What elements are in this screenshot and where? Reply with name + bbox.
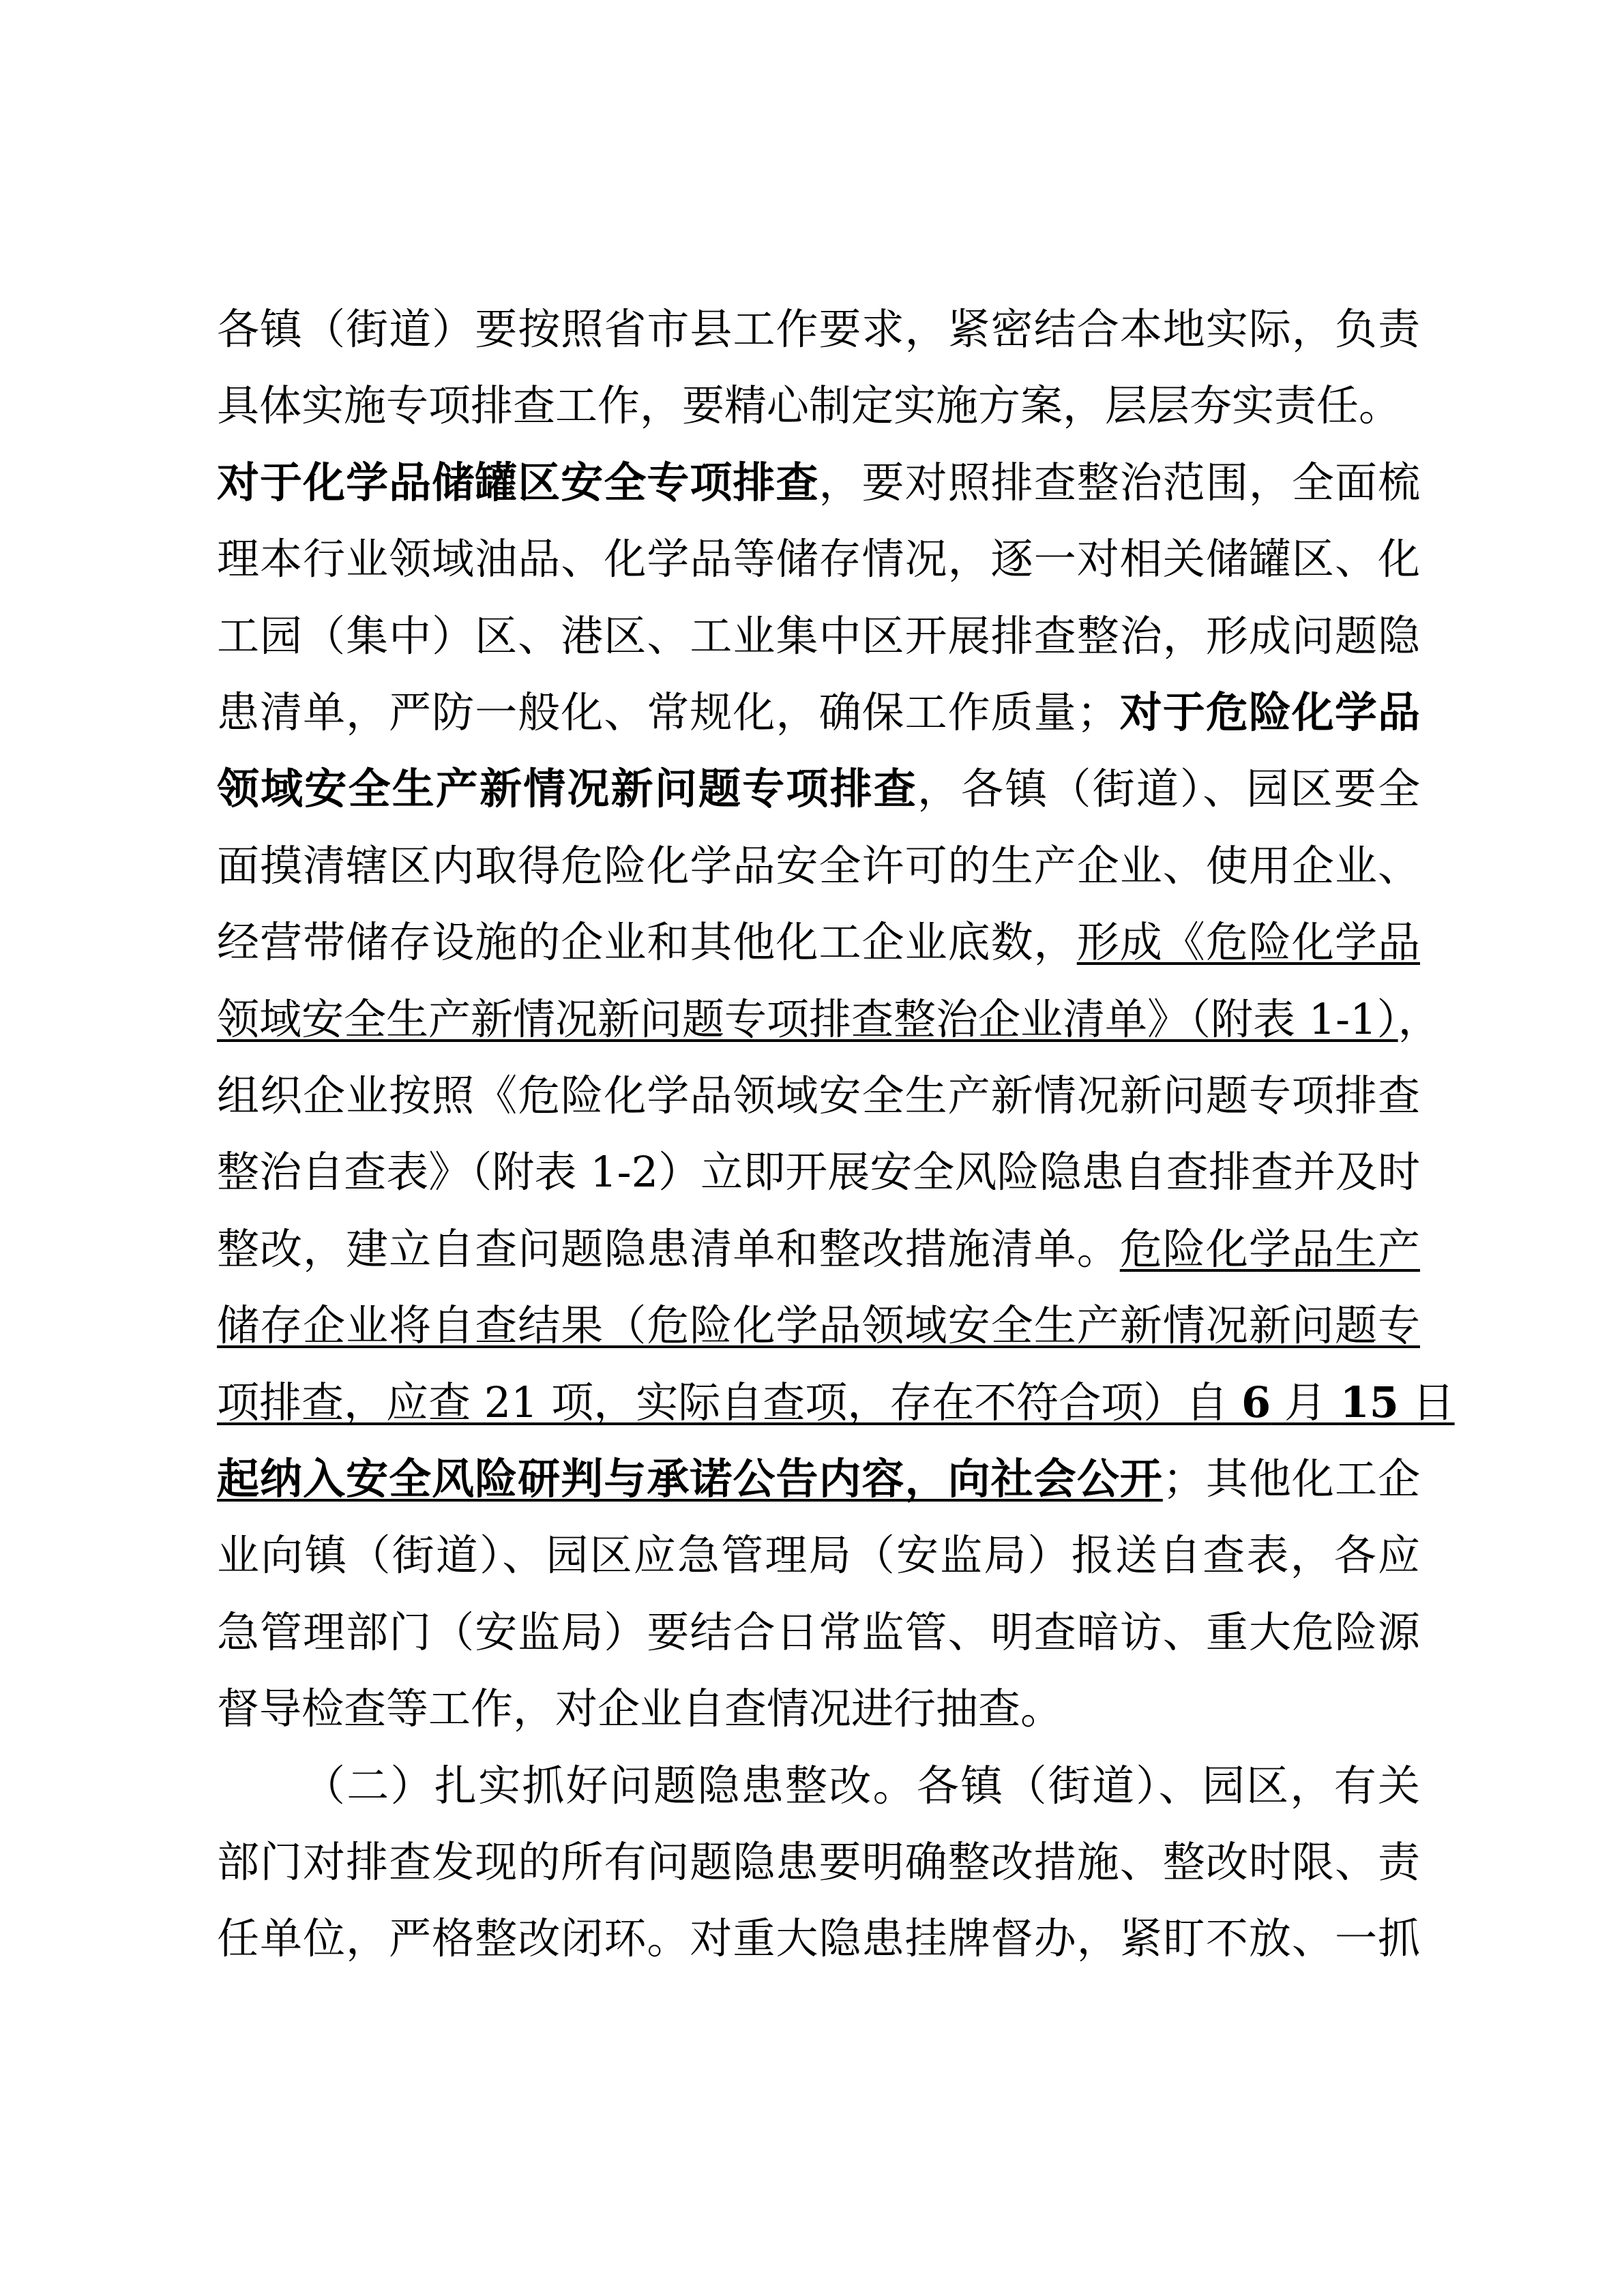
- text-segment: （二）扎实抓好问题隐患整改。各镇（街道）、园区，有关: [303, 1761, 1420, 1810]
- text-segment: 组织企业按照《危险化学品领域安全生产新情况新问题专项排查: [217, 1071, 1420, 1120]
- text-line: 督导检查等工作，对企业自查情况进行抽查。: [217, 1671, 1420, 1747]
- text-line: 部门对排查发现的所有问题隐患要明确整改措施、整改时限、责: [217, 1824, 1420, 1900]
- underlined-text: 6: [1241, 1377, 1271, 1427]
- text-segment: ，: [1398, 994, 1441, 1044]
- text-segment: 具体实施专项排查工作，要精心制定实施方案，层层夯实责任。: [217, 381, 1401, 430]
- text-segment: ；其他化工企: [1163, 1454, 1420, 1504]
- text-line: 领域安全生产新情况新问题专项排查整治企业清单》（附表 1-1），: [217, 981, 1420, 1058]
- text-line: 任单位，严格整改闭环。对重大隐患挂牌督办，紧盯不放、一抓: [217, 1900, 1420, 1977]
- text-segment: 各镇（街道）要按照省市县工作要求，紧密结合本地实际，负责: [217, 304, 1420, 354]
- document-page: 各镇（街道）要按照省市县工作要求，紧密结合本地实际，负责具体实施专项排查工作，要…: [0, 0, 1624, 2296]
- text-line: 患清单，严防一般化、常规化，确保工作质量；对于危险化学品: [217, 674, 1420, 751]
- text-segment: 患清单，严防一般化、常规化，确保工作质量；: [217, 687, 1119, 737]
- text-segment: 面摸清辖区内取得危险化学品安全许可的生产企业、使用企业、: [217, 841, 1420, 891]
- text-line: 组织企业按照《危险化学品领域安全生产新情况新问题专项排查: [217, 1058, 1420, 1134]
- text-line: 各镇（街道）要按照省市县工作要求，紧密结合本地实际，负责: [217, 291, 1420, 368]
- underlined-text: 储存企业将自查结果（危险化学品领域安全生产新情况新问题专: [217, 1300, 1420, 1350]
- text-segment: 任单位，严格整改闭环。对重大隐患挂牌督办，紧盯不放、一抓: [217, 1913, 1420, 1963]
- text-line: 整改，建立自查问题隐患清单和整改措施清单。危险化学品生产: [217, 1211, 1420, 1287]
- underlined-text: 日: [1399, 1377, 1455, 1427]
- text-line: 储存企业将自查结果（危险化学品领域安全生产新情况新问题专: [217, 1287, 1420, 1364]
- text-segment: 整治自查表》（附表 1-2）立即开展安全风险隐患自查排查并及时: [217, 1147, 1420, 1197]
- underlined-text: 形成《危险化学品: [1077, 917, 1420, 967]
- text-segment: ，要对照排查整治范围，全面梳: [819, 458, 1420, 507]
- text-line: 理本行业领域油品、化学品等储存情况，逐一对相关储罐区、化: [217, 521, 1420, 597]
- text-line: 项排查，应查 21 项，实际自查项，存在不符合项）自 6 月 15 日: [217, 1365, 1420, 1441]
- text-segment: 理本行业领域油品、化学品等储存情况，逐一对相关储罐区、化: [217, 534, 1420, 584]
- bold-text: 对于危险化学品: [1119, 687, 1420, 737]
- text-line: 业向镇（街道）、园区应急管理局（安监局）报送自查表，各应: [217, 1517, 1420, 1594]
- text-segment: ，各镇（街道）、园区要全: [917, 764, 1420, 814]
- text-line: 具体实施专项排查工作，要精心制定实施方案，层层夯实责任。: [217, 368, 1420, 444]
- text-line: 面摸清辖区内取得危险化学品安全许可的生产企业、使用企业、: [217, 828, 1420, 904]
- bold-text: 对于化学品储罐区安全专项排查: [217, 458, 819, 507]
- text-line: 工园（集中）区、港区、工业集中区开展排查整治，形成问题隐: [217, 598, 1420, 674]
- underlined-text: 项排查，应查 21 项，实际自查项，存在不符合项）自: [217, 1377, 1241, 1427]
- text-segment: 整改，建立自查问题隐患清单和整改措施清单。: [217, 1224, 1120, 1274]
- underlined-text: 月: [1271, 1377, 1340, 1427]
- text-segment: 业向镇（街道）、园区应急管理局（安监局）报送自查表，各应: [217, 1530, 1420, 1580]
- bold-text: 领域安全生产新情况新问题专项排查: [217, 764, 917, 814]
- text-line: 起纳入安全风险研判与承诺公告内容，向社会公开；其他化工企: [217, 1441, 1420, 1517]
- underlined-text: 危险化学品生产: [1120, 1224, 1420, 1274]
- text-line: 急管理部门（安监局）要结合日常监管、明查暗访、重大危险源: [217, 1594, 1420, 1671]
- text-segment: 部门对排查发现的所有问题隐患要明确整改措施、整改时限、责: [217, 1837, 1420, 1887]
- text-line: 对于化学品储罐区安全专项排查，要对照排查整治范围，全面梳: [217, 445, 1420, 521]
- text-segment: 经营带储存设施的企业和其他化工企业底数，: [217, 917, 1077, 967]
- text-segment: 督导检查等工作，对企业自查情况进行抽查。: [217, 1684, 1063, 1733]
- text-line: 经营带储存设施的企业和其他化工企业底数，形成《危险化学品: [217, 904, 1420, 981]
- text-segment: 工园（集中）区、港区、工业集中区开展排查整治，形成问题隐: [217, 611, 1420, 661]
- text-line: 领域安全生产新情况新问题专项排查，各镇（街道）、园区要全: [217, 751, 1420, 827]
- text-line: 整治自查表》（附表 1-2）立即开展安全风险隐患自查排查并及时: [217, 1134, 1420, 1210]
- underlined-text: 领域安全生产新情况新问题专项排查整治企业清单》（附表 1-1）: [217, 994, 1398, 1044]
- underlined-text: 15: [1340, 1377, 1399, 1427]
- text-segment: 急管理部门（安监局）要结合日常监管、明查暗访、重大危险源: [217, 1607, 1420, 1657]
- underlined-text: 起纳入安全风险研判与承诺公告内容，向社会公开: [217, 1454, 1163, 1504]
- text-line: （二）扎实抓好问题隐患整改。各镇（街道）、园区，有关: [303, 1748, 1420, 1824]
